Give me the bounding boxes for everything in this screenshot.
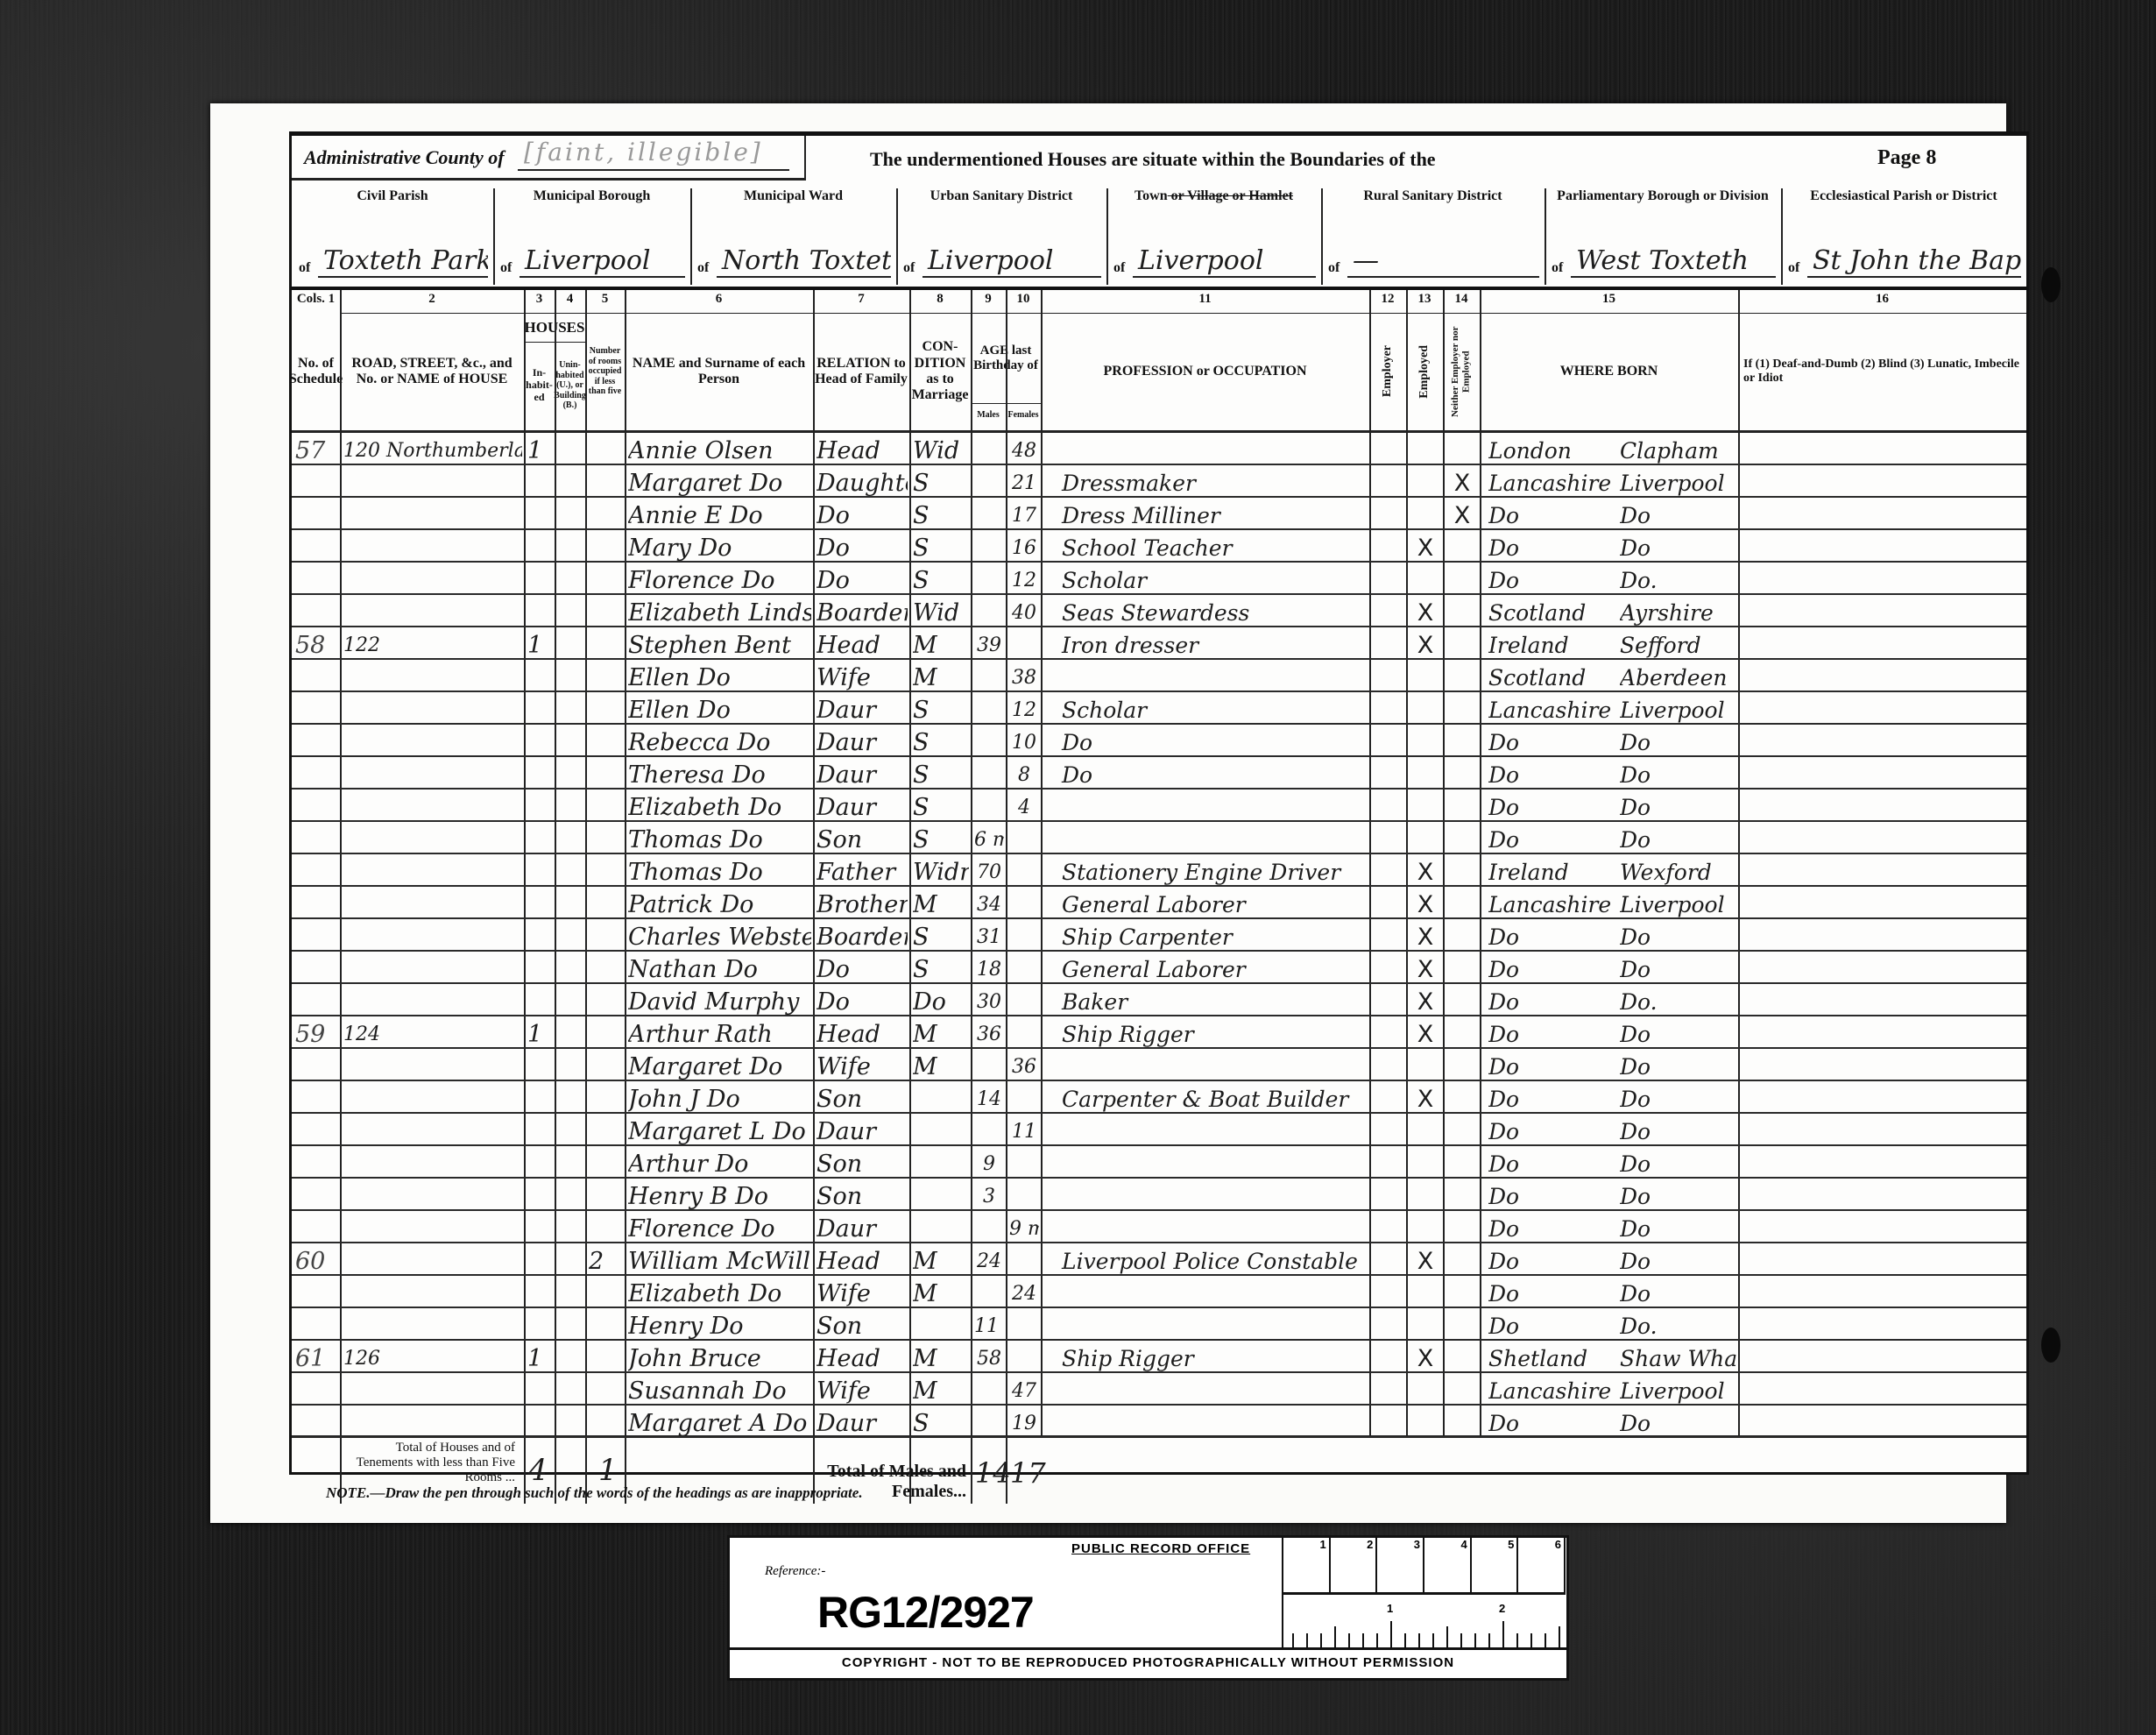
schedule-number xyxy=(295,1048,338,1080)
table-row: John J DoSon14Carpenter & Boat BuilderXD… xyxy=(292,1080,2026,1113)
male-age: 11 mo xyxy=(974,1307,1004,1340)
person-name: Henry B Do xyxy=(628,1178,811,1210)
rooms-count xyxy=(589,1145,623,1178)
birthplace-county: Do xyxy=(1488,724,1620,756)
schedule-number: 58 xyxy=(295,627,338,659)
scale-tick xyxy=(1418,1633,1420,1647)
birthplace-town: Do xyxy=(1620,1048,1736,1080)
marital-condition xyxy=(913,1210,969,1243)
birthplace-town: Do xyxy=(1620,1016,1736,1048)
birthplace-county: Lancashire xyxy=(1488,691,1620,724)
male-age xyxy=(974,464,1004,497)
table-row: 611261John BruceHeadM58Ship RiggerXShetl… xyxy=(292,1340,2026,1372)
table-row: Elizabeth DoWifeM24DoDo xyxy=(292,1275,2026,1307)
neither-mark xyxy=(1446,756,1478,789)
employed-mark xyxy=(1410,691,1441,724)
occupation xyxy=(1044,659,1385,691)
road-address xyxy=(343,1048,522,1080)
male-age xyxy=(974,432,1004,464)
schedule-number: 57 xyxy=(295,432,338,464)
relation-to-head: Boarder xyxy=(816,594,908,627)
marital-condition: M xyxy=(913,659,969,691)
occupation xyxy=(1044,789,1385,821)
column-number-8: 8 xyxy=(909,292,971,311)
occupation xyxy=(1044,1048,1385,1080)
area-cell-2: Municipal WardofNorth Toxteth xyxy=(690,188,898,285)
marital-condition: S xyxy=(913,756,969,789)
census-form: Administrative County of [faint, illegib… xyxy=(289,131,2029,1475)
marital-condition: M xyxy=(913,1243,969,1275)
relation-to-head: Wife xyxy=(816,1048,908,1080)
rooms-count xyxy=(589,853,623,886)
employed-mark xyxy=(1410,1275,1441,1307)
birthplace-county: Do xyxy=(1488,821,1620,853)
rooms-count xyxy=(589,1307,623,1340)
schedule-number xyxy=(295,1113,338,1145)
person-name: Florence Do xyxy=(628,1210,811,1243)
table-row: Margaret DoWifeM36DoDo xyxy=(292,1048,2026,1080)
males-total: 14 xyxy=(975,1456,1011,1490)
relation-to-head: Daur xyxy=(816,789,908,821)
relation-to-head: Son xyxy=(816,1178,908,1210)
employed-mark xyxy=(1410,1210,1441,1243)
footnote: NOTE.—Draw the pen through such of the w… xyxy=(326,1484,863,1502)
employer-mark xyxy=(1373,853,1404,886)
employed-mark: X xyxy=(1410,951,1441,983)
male-age xyxy=(974,1048,1004,1080)
scale-tick xyxy=(1432,1633,1434,1647)
road-address: 120 Northumberland St xyxy=(343,432,522,464)
table-row: Elizabeth LindsayBoarderWid40Seas Stewar… xyxy=(292,594,2026,627)
table-row: Arthur DoSon9DoDo xyxy=(292,1145,2026,1178)
relation-to-head: Head xyxy=(816,1016,908,1048)
table-row: Henry DoSon11 moDoDo. xyxy=(292,1307,2026,1340)
relation-to-head: Daur xyxy=(816,1405,908,1437)
employed-mark xyxy=(1410,1307,1441,1340)
scale-tick xyxy=(1545,1633,1546,1647)
female-age xyxy=(1009,886,1039,918)
employed-mark xyxy=(1410,1405,1441,1437)
schedule-number xyxy=(295,853,338,886)
birthplace-town: Do xyxy=(1620,1275,1736,1307)
employed-mark xyxy=(1410,464,1441,497)
birthplace-county: Shetland xyxy=(1488,1340,1620,1372)
scale-in-2: 2 xyxy=(1499,1602,1505,1615)
table-row: Margaret DoDaughterS21DressmakerXLancash… xyxy=(292,464,2026,497)
relation-to-head: Daur xyxy=(816,691,908,724)
occupation: Do xyxy=(1044,756,1385,789)
schedule-number xyxy=(295,789,338,821)
occupation: Seas Stewardess xyxy=(1044,594,1385,627)
occupation: Dress Milliner xyxy=(1044,497,1385,529)
occupation xyxy=(1044,1275,1385,1307)
employed-mark xyxy=(1410,821,1441,853)
schedule-number xyxy=(295,1275,338,1307)
birthplace-town: Wexford xyxy=(1620,853,1736,886)
employed-header: Employed xyxy=(1417,345,1431,399)
measurement-scale: 123456 12 xyxy=(1282,1538,1566,1647)
column-number-14: 14 xyxy=(1443,292,1480,311)
neither-mark xyxy=(1446,1080,1478,1113)
inhabited-count xyxy=(527,789,553,821)
schedule-number xyxy=(295,756,338,789)
inhabited-count xyxy=(527,1210,553,1243)
road-address: 124 xyxy=(343,1016,522,1048)
rooms-total: 1 xyxy=(598,1453,618,1488)
rooms-count xyxy=(589,918,623,951)
occupation xyxy=(1044,432,1385,464)
scale-tick xyxy=(1530,1633,1532,1647)
schedule-number xyxy=(295,886,338,918)
relation-to-head: Do xyxy=(816,951,908,983)
area-cell-4: Town or Village or HamletofLiverpool xyxy=(1106,188,1323,285)
female-age: 21 xyxy=(1009,464,1039,497)
rooms-header: Number of rooms occupied if less than fi… xyxy=(585,315,625,428)
table-row: Florence DoDoS12ScholarDoDo. xyxy=(292,562,2026,594)
area-title: Parliamentary Borough or Division xyxy=(1545,188,1781,204)
females-total: 17 xyxy=(1010,1456,1046,1490)
employed-mark xyxy=(1410,1145,1441,1178)
schedule-number xyxy=(295,497,338,529)
employer-mark xyxy=(1373,1080,1404,1113)
area-title: Rural Sanitary District xyxy=(1321,188,1545,204)
column-number-12: 12 xyxy=(1369,292,1406,311)
scale-tick xyxy=(1390,1621,1392,1647)
relation-to-head: Head xyxy=(816,432,908,464)
schedule-number xyxy=(295,983,338,1016)
area-cell-1: Municipal BoroughofLiverpool xyxy=(493,188,692,285)
where-born-header: WHERE BORN xyxy=(1480,315,1738,428)
employer-mark xyxy=(1373,886,1404,918)
birthplace-town: Do xyxy=(1620,918,1736,951)
birthplace-town: Do xyxy=(1620,789,1736,821)
inhabited-count xyxy=(527,1113,553,1145)
birthplace-town: Do. xyxy=(1620,562,1736,594)
occupation: Iron dresser xyxy=(1044,627,1385,659)
column-number-3: 3 xyxy=(524,292,555,311)
page-number: Page 8 xyxy=(1877,146,1936,170)
relation-header: RELATION to Head of Family xyxy=(813,315,909,428)
schedule-number xyxy=(295,724,338,756)
of-label: of xyxy=(1788,260,1799,276)
person-name: Margaret Do xyxy=(628,1048,811,1080)
schedule-number xyxy=(295,464,338,497)
person-name: Susannah Do xyxy=(628,1372,811,1405)
birthplace-county: Do xyxy=(1488,1145,1620,1178)
relation-to-head: Do xyxy=(816,497,908,529)
rooms-count xyxy=(589,1178,623,1210)
schedule-number xyxy=(295,691,338,724)
inhabited-count xyxy=(527,659,553,691)
birthplace-county: Do xyxy=(1488,1113,1620,1145)
employer-mark xyxy=(1373,627,1404,659)
relation-to-head: Head xyxy=(816,1243,908,1275)
schedule-header: No. of Schedule xyxy=(292,315,340,428)
marital-condition xyxy=(913,1307,969,1340)
employed-mark xyxy=(1410,659,1441,691)
table-row: Ellen DoWifeM38ScotlandAberdeen xyxy=(292,659,2026,691)
marital-condition: Wid xyxy=(913,594,969,627)
birthplace-town: Shaw Whalsay xyxy=(1620,1340,1736,1372)
marital-condition: M xyxy=(913,627,969,659)
birthplace-county: Do xyxy=(1488,918,1620,951)
area-value: St John the Baptist xyxy=(1807,245,2021,278)
male-age xyxy=(974,562,1004,594)
female-age: 16 xyxy=(1009,529,1039,562)
neither-mark xyxy=(1446,432,1478,464)
birthplace-town: Sefford xyxy=(1620,627,1736,659)
neither-header: Neither Employer nor Employed xyxy=(1450,315,1472,428)
area-title: Ecclesiastical Parish or District xyxy=(1781,188,2026,204)
male-age: 24 xyxy=(974,1243,1004,1275)
marital-condition xyxy=(913,1080,969,1113)
road-address xyxy=(343,594,522,627)
employed-header-box: Employed xyxy=(1406,315,1443,428)
reference-label: Reference:- xyxy=(765,1564,825,1579)
neither-mark xyxy=(1446,1275,1478,1307)
road-header: ROAD, STREET, &c., and No. or NAME of HO… xyxy=(340,315,524,428)
male-age: 3 xyxy=(974,1178,1004,1210)
marital-condition: S xyxy=(913,464,969,497)
female-age xyxy=(1009,853,1039,886)
road-address xyxy=(343,1243,522,1275)
employer-mark xyxy=(1373,464,1404,497)
road-address xyxy=(343,1405,522,1437)
female-age xyxy=(1009,627,1039,659)
schedule-number: 59 xyxy=(295,1016,338,1048)
employer-header: Employer xyxy=(1381,345,1395,397)
neither-mark xyxy=(1446,1372,1478,1405)
male-age xyxy=(974,594,1004,627)
area-value: Liverpool xyxy=(922,245,1101,278)
rooms-count xyxy=(589,951,623,983)
person-name: Annie E Do xyxy=(628,497,811,529)
road-address xyxy=(343,886,522,918)
rooms-count xyxy=(589,724,623,756)
employed-mark xyxy=(1410,1178,1441,1210)
birthplace-town: Do xyxy=(1620,821,1736,853)
schedule-number: 61 xyxy=(295,1340,338,1372)
person-name: Rebecca Do xyxy=(628,724,811,756)
scale-cm-mark: 6 xyxy=(1518,1538,1566,1592)
road-address xyxy=(343,853,522,886)
person-name: Ellen Do xyxy=(628,659,811,691)
occupation xyxy=(1044,1405,1385,1437)
administrative-county-box: Administrative County of [faint, illegib… xyxy=(292,136,806,181)
female-age xyxy=(1009,1080,1039,1113)
inhabited-count xyxy=(527,1307,553,1340)
neither-mark xyxy=(1446,1113,1478,1145)
occupation xyxy=(1044,1178,1385,1210)
employer-mark xyxy=(1373,1016,1404,1048)
birthplace-town: Do xyxy=(1620,1243,1736,1275)
female-age: 11 xyxy=(1009,1113,1039,1145)
road-address: 126 xyxy=(343,1340,522,1372)
person-name: Thomas Do xyxy=(628,853,811,886)
male-age: 39 xyxy=(974,627,1004,659)
relation-to-head: Wife xyxy=(816,1275,908,1307)
employer-mark xyxy=(1373,497,1404,529)
of-label: of xyxy=(1328,260,1340,276)
rooms-count: 2 xyxy=(589,1243,623,1275)
person-name: Theresa Do xyxy=(628,756,811,789)
birthplace-county: Lancashire xyxy=(1488,464,1620,497)
road-address xyxy=(343,1275,522,1307)
rooms-count xyxy=(589,497,623,529)
scale-tick xyxy=(1320,1633,1322,1647)
schedule-number xyxy=(295,1080,338,1113)
male-age xyxy=(974,756,1004,789)
female-age: 47 xyxy=(1009,1372,1039,1405)
relation-to-head: Daughter xyxy=(816,464,908,497)
employed-mark: X xyxy=(1410,853,1441,886)
of-label: of xyxy=(903,260,915,276)
male-age xyxy=(974,1210,1004,1243)
birthplace-county: Scotland xyxy=(1488,659,1620,691)
relation-to-head: Daur xyxy=(816,1113,908,1145)
occupation: Dressmaker xyxy=(1044,464,1385,497)
employed-mark: X xyxy=(1410,983,1441,1016)
female-age: 8 xyxy=(1009,756,1039,789)
schedule-number xyxy=(295,1145,338,1178)
inhabited-count xyxy=(527,1275,553,1307)
male-age: 9 xyxy=(974,1145,1004,1178)
female-age: 40 xyxy=(1009,594,1039,627)
person-name: Margaret L Do xyxy=(628,1113,811,1145)
rooms-count xyxy=(589,1275,623,1307)
reference-number: RG12/2927 xyxy=(817,1587,1034,1638)
inhabited-count: 1 xyxy=(527,627,553,659)
employer-mark xyxy=(1373,1372,1404,1405)
relation-to-head: Wife xyxy=(816,659,908,691)
column-number-15: 15 xyxy=(1480,292,1738,311)
birthplace-county: Lancashire xyxy=(1488,886,1620,918)
condition-header: CON-DITION as to Marriage xyxy=(909,315,971,428)
scale-tick xyxy=(1376,1633,1378,1647)
schedule-number xyxy=(295,951,338,983)
road-address xyxy=(343,1080,522,1113)
birthplace-town: Do xyxy=(1620,1113,1736,1145)
birthplace-county: Lancashire xyxy=(1488,1372,1620,1405)
employed-mark xyxy=(1410,432,1441,464)
rooms-count xyxy=(589,432,623,464)
male-age xyxy=(974,724,1004,756)
employer-mark xyxy=(1373,1307,1404,1340)
occupation: Ship Rigger xyxy=(1044,1340,1385,1372)
rooms-count xyxy=(589,821,623,853)
neither-mark xyxy=(1446,1307,1478,1340)
of-label: of xyxy=(1552,260,1563,276)
birthplace-county: Do xyxy=(1488,1210,1620,1243)
of-label: of xyxy=(697,260,709,276)
rooms-count xyxy=(589,886,623,918)
table-row: Thomas DoSonS6 moDoDo xyxy=(292,821,2026,853)
name-header: NAME and Surname of each Person xyxy=(625,315,813,428)
marital-condition: S xyxy=(913,691,969,724)
person-name: Margaret Do xyxy=(628,464,811,497)
administrative-county-underline xyxy=(518,169,789,171)
birthplace-town: Do xyxy=(1620,497,1736,529)
employer-mark xyxy=(1373,659,1404,691)
neither-mark xyxy=(1446,1145,1478,1178)
employed-mark: X xyxy=(1410,1080,1441,1113)
person-name: John J Do xyxy=(628,1080,811,1113)
person-name: Ellen Do xyxy=(628,691,811,724)
uninhabited-header: Unin-habited (U.), or Building (B.) xyxy=(555,343,585,428)
rooms-count xyxy=(589,1210,623,1243)
road-address xyxy=(343,789,522,821)
occupation xyxy=(1044,1145,1385,1178)
person-name: Elizabeth Do xyxy=(628,1275,811,1307)
column-number-5: 5 xyxy=(585,292,625,311)
occupation: Do xyxy=(1044,724,1385,756)
occupation: School Teacher xyxy=(1044,529,1385,562)
rooms-count xyxy=(589,1048,623,1080)
road-address xyxy=(343,1372,522,1405)
birthplace-county: Do xyxy=(1488,1016,1620,1048)
schedule-number xyxy=(295,1178,338,1210)
scale-cm-mark: 3 xyxy=(1377,1538,1424,1592)
birthplace-county: Do xyxy=(1488,789,1620,821)
birthplace-town: Liverpool xyxy=(1620,886,1736,918)
employed-mark: X xyxy=(1410,1340,1441,1372)
employed-mark xyxy=(1410,1113,1441,1145)
marital-condition: M xyxy=(913,886,969,918)
female-age: 12 xyxy=(1009,691,1039,724)
person-name: Elizabeth Lindsay xyxy=(628,594,811,627)
marital-condition xyxy=(913,1145,969,1178)
area-cell-3: Urban Sanitary DistrictofLiverpool xyxy=(896,188,1108,285)
neither-mark xyxy=(1446,627,1478,659)
employer-mark xyxy=(1373,432,1404,464)
table-row: Charles WebsterBoarderS31Ship CarpenterX… xyxy=(292,918,2026,951)
male-age: 6 mo xyxy=(974,821,1004,853)
scale-tick xyxy=(1306,1633,1308,1647)
marital-condition: M xyxy=(913,1016,969,1048)
area-title: Civil Parish xyxy=(292,188,493,204)
employed-mark: X xyxy=(1410,1243,1441,1275)
person-name: John Bruce xyxy=(628,1340,811,1372)
birthplace-town: Do xyxy=(1620,1405,1736,1437)
scale-tick xyxy=(1348,1633,1350,1647)
inhabited-count xyxy=(527,918,553,951)
occupation: Carpenter & Boat Builder xyxy=(1044,1080,1385,1113)
relation-to-head: Head xyxy=(816,627,908,659)
area-value: Liverpool xyxy=(520,245,685,278)
employed-mark xyxy=(1410,562,1441,594)
male-age: 36 xyxy=(974,1016,1004,1048)
area-value: Toxteth Park xyxy=(318,245,488,278)
road-address xyxy=(343,1307,522,1340)
column-number-7: 7 xyxy=(813,292,909,311)
person-name: Arthur Do xyxy=(628,1145,811,1178)
relation-to-head: Father xyxy=(816,853,908,886)
scale-cm-mark: 5 xyxy=(1472,1538,1519,1592)
birthplace-county: Do xyxy=(1488,1178,1620,1210)
area-title: Town or Village or Hamlet xyxy=(1106,188,1321,204)
relation-to-head: Do xyxy=(816,562,908,594)
pro-title: PUBLIC RECORD OFFICE xyxy=(1071,1541,1250,1556)
area-title-town: Town xyxy=(1135,188,1168,203)
person-name: Florence Do xyxy=(628,562,811,594)
employer-mark xyxy=(1373,1178,1404,1210)
marital-condition: S xyxy=(913,724,969,756)
occupation: General Laborer xyxy=(1044,886,1385,918)
neither-mark xyxy=(1446,594,1478,627)
relation-to-head: Daur xyxy=(816,756,908,789)
area-cell-0: Civil ParishofToxteth Park xyxy=(292,188,495,285)
rooms-count xyxy=(589,1405,623,1437)
